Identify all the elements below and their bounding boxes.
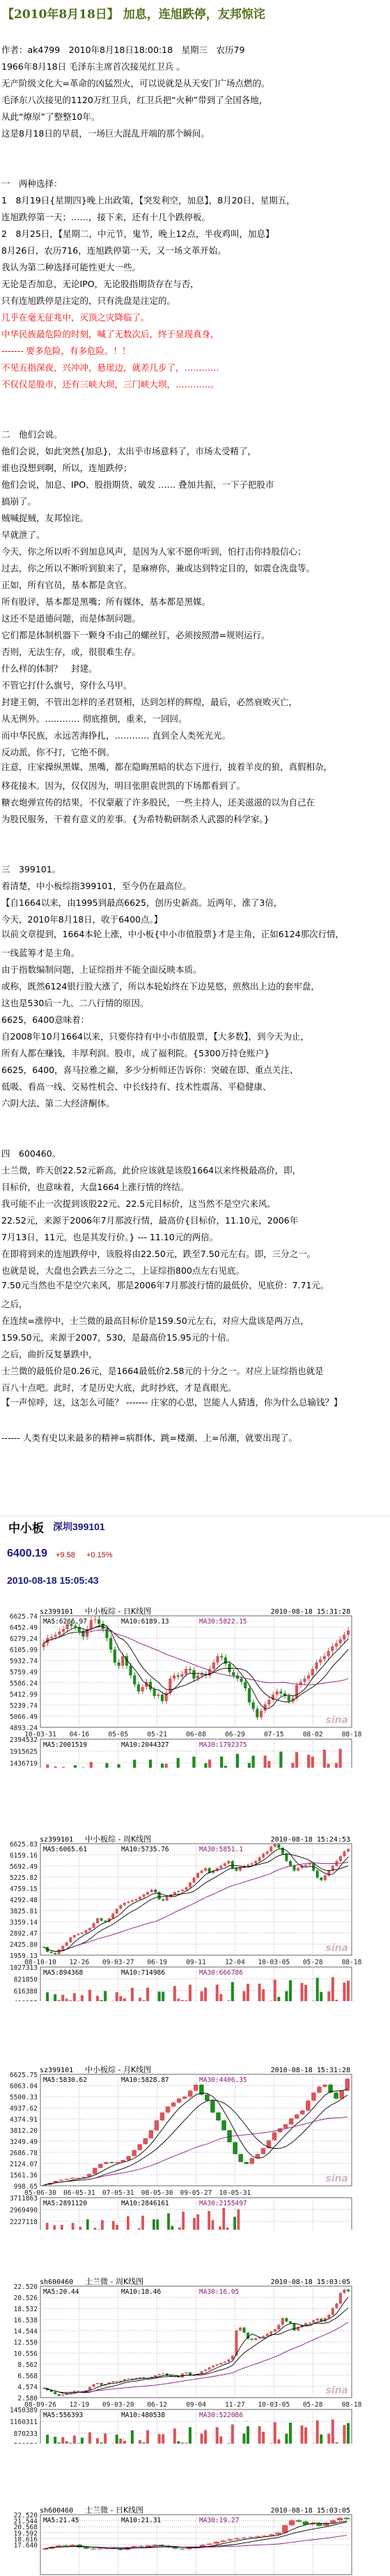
article-line: 毛泽东八次接见的1120万红卫兵，红卫兵把“火种”带到了全国各地， (1, 92, 389, 109)
chart-name: 士兰微 - 日K线图 (85, 2505, 143, 2515)
ma-label: MA10:18.46 (121, 2288, 161, 2296)
price-tick: 5412.99 (10, 1691, 38, 1699)
article-line: 士兰微，昨天创22.52元新高，此价应该就是该股1664以来终极最高价，即， (1, 1162, 389, 1179)
quote-time: 2010-08-18 15:05:43 (7, 1575, 99, 1586)
price-tick: 4374.91 (10, 2116, 38, 2124)
price-tick: 5932.74 (10, 1658, 38, 1665)
ma-label: MA30:19.27 (199, 2517, 239, 2524)
article-line: 无论是否加息，无论IPO，无论股指期货存在与否， (1, 276, 389, 293)
ma-label: MA10:21.31 (121, 2517, 161, 2524)
vol-ma-label: MA30:1792375 (199, 1741, 247, 1749)
article-line: 7.50元当然也不是空穴来风，那是2006年7月那波行情的最低价，见底价：7.7… (1, 1279, 389, 1296)
vol-tick: 1027313 (10, 1964, 38, 1972)
article-line: 无产阶级文化大=革命的凶猛烈火，可以说就是从天安门广场点燃的。 (1, 75, 389, 92)
article-line: 7月13日，11元，也是其发行价。} --- 11.10元的两倍。 (1, 1229, 389, 1246)
article-line: 也就是说，大盘也会跌去三分之二，上证综指800点左右见底。 (1, 1263, 389, 1279)
price-tick: 20.526 (14, 2295, 38, 2302)
article-line: 早就泄了。 (1, 527, 389, 543)
price-tick: 4937.62 (10, 2105, 38, 2113)
price-tick: 6105.99 (10, 1646, 38, 1654)
price-tick: 3812.20 (10, 2127, 38, 2135)
article-line: 他们会说，如此突然{加息}，太出乎市场意料了，市场太受精了， (1, 443, 389, 460)
article-line: 这是8月18日的早晨，一场巨大混乱开端的那个瞬间。 (1, 125, 389, 142)
price-tick: 5692.49 (10, 1863, 38, 1871)
sina-logo: sina (325, 2173, 348, 2184)
price-tick: 4292.48 (10, 1897, 38, 1904)
price-tick: 5066.49 (10, 1713, 38, 1721)
x-tick: 12-19 (70, 2401, 90, 2409)
x-tick: 07-15 (264, 1731, 284, 1738)
chart-name: 中小板综 - 月K线图 (85, 2065, 151, 2074)
price-tick: 4759.15 (10, 1885, 38, 1893)
x-tick: 05-21 (147, 1731, 167, 1738)
vol-tick: 1450389 (10, 2407, 38, 2414)
article-line: 1966年8月18日 毛泽东主席首次接见红卫兵 。 (1, 59, 389, 75)
ma-label: MA10:6189.13 (121, 1618, 169, 1626)
sina-logo: sina (325, 2385, 348, 2396)
quote-change: +9.58 (56, 1551, 75, 1559)
chart-timestamp: 2010-08-18 15:03:05 (271, 2278, 350, 2286)
price-tick: 3825.81 (10, 1908, 38, 1915)
chart-timestamp: 2010-08-18 15:31:28 (271, 2067, 350, 2074)
ma-label: MA10:5735.76 (121, 1846, 169, 1853)
article-line: 看清楚，中小板综指399101，至今仍在最高位。 (1, 878, 389, 895)
article-line: 糖衣炮弹宣传的结果，不仅蒙蔽了许多股民，一些主持人，还美滋滋的以为自己在 (1, 794, 389, 811)
spacer (1, 1112, 389, 1129)
article-line: 不管它打什么旗号，穿什么马甲。 (1, 677, 389, 694)
article-line: 这也是530后一九、二八行情的原因。 (1, 995, 389, 1012)
x-tick: 06-19 (147, 1959, 167, 1966)
ma-label: MA5:21.45 (43, 2517, 79, 2524)
vol-ma-label: MA30:2155497 (199, 2200, 247, 2207)
price-tick: 6452.49 (10, 1624, 38, 1632)
article-line: 连旭跌停第一天；……，接下来，还有十几个跌停板。 (1, 209, 389, 226)
quote-price: 6400.19 (7, 1548, 47, 1560)
spacer (1, 142, 389, 159)
vol-ma-label: MA30:666786 (199, 1969, 243, 1977)
article-line: 6625，6400意味着： (1, 1012, 389, 1028)
article-line: 四 600460。 (1, 1146, 389, 1162)
quote-change-pct: +0.15% (86, 1551, 113, 1559)
kline-chart-sh600460-weekly: sh600460士兰微 - 周K线图2010-08-18 15:03:0522.… (0, 2276, 390, 2444)
price-tick: 3359.14 (10, 1919, 38, 1927)
price-tick: 6625.75 (10, 2072, 38, 2079)
article-line: 为股民服务，干着有意义的差事。{为希特勒研制杀人武器的科学家。} (1, 811, 389, 828)
article-line: 不仅仅是股市，还有三峡大坝，三门峡大坝，…………。 (1, 376, 389, 393)
price-tick: 6063.04 (10, 2083, 38, 2090)
price-tick: 18.532 (14, 2306, 38, 2313)
x-tick: 06-12 (147, 2401, 167, 2409)
article-line: 【一声惊呼，这，这怎么可能？ ------- 庄家的心思，岂能人人猜透，你为什么… (1, 1396, 389, 1413)
chart-timestamp: 2010-08-18 15:31:28 (271, 1608, 350, 1616)
price-tick: 17.640 (14, 2542, 38, 2550)
article-line: 而中华民族，永远苦海挣扎，………… 直到全人类死光光。 (1, 727, 389, 744)
price-tick: 6.568 (17, 2373, 38, 2380)
kline-chart-sz399101-daily: sz399101中小板综 - 日K线图2010-08-18 15:31:2866… (0, 1606, 390, 1768)
price-tick: 10.556 (14, 2350, 38, 2358)
article-body: 作者：ak4799 2010年8月18日18:00:18 星期三 农历79 19… (1, 42, 389, 1447)
article-line: 反动派，你不打，它绝不倒。 (1, 744, 389, 761)
vol-tick: 821850 (14, 1976, 38, 1984)
chart-code: sh600460 (40, 2278, 73, 2286)
price-tick: 22.520 (14, 2283, 38, 2291)
x-tick: 07-05-31 (102, 2189, 134, 2197)
vol-tick: 616388 (14, 1988, 38, 1996)
vol-ma-label: MA10:2846161 (121, 2200, 169, 2207)
article-line: 贼喊捉贼，友邦惊诧。 (1, 510, 389, 527)
vol-tick: 580156 (14, 2442, 38, 2444)
article-line: 他们会说，加息、IPO、股指期货、破发 …… 叠加共振，一下子把股市 (1, 477, 389, 493)
x-tick: 09-04 (186, 2401, 206, 2409)
price-tick: 12.550 (14, 2339, 38, 2347)
kline-chart-sh600460-daily: sh600460士兰微 - 日K线图2010-08-18 15:03:0522.… (0, 2505, 390, 2576)
article-line: 只有连旭跌停是注定的，只有洗盘是注定的。 (1, 293, 389, 309)
price-tick: 6159.16 (10, 1852, 38, 1860)
article-line: 谁也没想到啊，所以，连旭跌停； (1, 460, 389, 477)
price-tick: 8.562 (17, 2361, 38, 2369)
article-line: 所有股评，基本都是黑嘴；所有媒体，基本都是黑媒。 (1, 594, 389, 610)
price-tick: 16.538 (14, 2317, 38, 2324)
price-tick: 2686.78 (10, 2150, 38, 2157)
chart-name: 中小板综 - 日K线图 (85, 1606, 151, 1616)
vol-ma-label: MA10:480538 (121, 2412, 165, 2419)
article-line: 它们都是体制机器下一颗身不由己的螺丝钉，必须按照潜=规则运行。 (1, 627, 389, 644)
article-line: ------ 人类有史以来最多的精神=病群体、跳=楼潮、上=吊潮，就要出现了。 (1, 1430, 389, 1447)
vol-tick: 2969490 (10, 2207, 38, 2214)
vol-tick: 2227118 (10, 2219, 38, 2226)
spacer (1, 410, 389, 426)
vol-tick: 2394532 (10, 1736, 38, 1744)
vol-ma-label: MA5:556393 (43, 2412, 83, 2419)
article-line: 今天，你之所以听不到加息风声，是因为人家不愿你听到，怕打击你持股信心； (1, 543, 389, 560)
article-line: 几乎在毫无征兆中，灭顶之灾降临了。 (1, 309, 389, 326)
article-line: 百八十点吧。此时，才是历史大底，此时抄底，才是真眼光。 (1, 1380, 389, 1396)
article-line: 或称，既然6124银行股大涨了，所以本轮始终在下边晃悠，煎熬出上边的套牢盘， (1, 978, 389, 995)
price-tick: 5225.82 (10, 1874, 38, 1882)
spacer (1, 844, 389, 861)
price-tick: 5586.24 (10, 1680, 38, 1688)
article-line: 封建王朝，不管出怎样的圣君贤相，达到怎样的辉煌，最后，必然衰败灭亡， (1, 694, 389, 711)
spacer (1, 1413, 389, 1430)
article-line: 由于指数编制问题，上证综指并不能全面反映本质。 (1, 962, 389, 978)
vol-tick: 870233 (14, 2430, 38, 2438)
spacer (1, 393, 389, 410)
price-tick: 5500.33 (10, 2094, 38, 2101)
price-tick: 2892.47 (10, 1930, 38, 1938)
chart-code: sz399101 (40, 2067, 73, 2074)
article-line: 22.52元，来源于2006年7月那波行情，最高价{目标价，11.10元，200… (1, 1212, 389, 1229)
article-line: 搞崩了。 (1, 493, 389, 510)
article-line: 8月26日，农历716，连旭跌停第一天，又一场文革开始。 (1, 242, 389, 259)
x-tick: 05-28 (303, 1959, 323, 1966)
x-tick: 06-08 (186, 1731, 206, 1738)
stock-quote-panel: 中小板 深圳399101 6400.19 +9.58 +0.15% 2010-0… (0, 1515, 390, 1516)
ma-label: MA5:5830.62 (43, 2076, 87, 2084)
article-line: 士兰微的最低价是0.26元，是1664最低价2.58元的十分之一。对应上证综指也… (1, 1363, 389, 1380)
price-tick: 5239.74 (10, 1702, 38, 1710)
sina-logo: sina (325, 1715, 348, 1726)
article-line: 之后，曲折反复暴跌中， (1, 1346, 389, 1363)
ma-label: MA10:5828.87 (121, 2076, 169, 2084)
article-line: 159.50元，来源于2007，530，是最高价15.95元的十倍。 (1, 1329, 389, 1346)
article-line: 不见五指深夜，兴冲冲，悬崖边，就差几步了，………… (1, 360, 389, 376)
article-line: 我认为第二种选择可能性更大一些。 (1, 259, 389, 276)
chart-timestamp: 2010-08-18 15:03:05 (271, 2507, 350, 2515)
article-line: 中华民族最危险的时刻，喊了无数次后，终于显现真身， (1, 326, 389, 343)
x-tick: 08-02 (303, 1731, 323, 1738)
price-tick: 2124.07 (10, 2161, 38, 2168)
ma-label: MA5:6266.97 (43, 1618, 87, 1626)
x-tick: 10-03-05 (258, 1959, 290, 1966)
x-tick: 04-16 (70, 1731, 90, 1738)
vol-tick: 1436719 (10, 1760, 38, 1768)
article-line: 注意，庄家操纵黑媒、黑嘴，都在隐晦黑暗的状态下进行，披着羊皮的狼，真假相杂， (1, 761, 389, 778)
ma-label: MA5:20.44 (43, 2288, 79, 2296)
article-line: 今天，2010年8月18日，收于6400点。】 (1, 911, 389, 928)
vol-ma-label: MA10:714986 (121, 1969, 165, 1977)
vol-ma-label: MA5:2001519 (43, 1741, 87, 1749)
vol-ma-label: MA30:522086 (199, 2412, 243, 2419)
chart-name: 中小板综 - 周K线图 (85, 1834, 151, 1844)
price-tick: 2425.80 (10, 1941, 38, 1949)
quote-name: 中小板 (8, 1518, 44, 1536)
x-tick: 08-18 (342, 1959, 362, 1966)
article-line: 正如，所有官员，基本都是贪官。 (1, 577, 389, 594)
article-line: 六阴大法、第二大经济酮体。 (1, 1095, 389, 1112)
article-line: 从此“燎原”了整整10年。 (1, 109, 389, 125)
article-line: 之后， (1, 1296, 389, 1313)
article-line: 目标价，也意味着，大盘1664上涨行情的终结。 (1, 1179, 389, 1196)
vol-ma-label: MA10:2044327 (121, 1741, 169, 1749)
article-line: 这还不是道德问题，而是体制问题。 (1, 610, 389, 627)
x-tick: 12-26 (70, 1959, 90, 1966)
spacer (1, 159, 389, 176)
x-tick: 06-29 (225, 1731, 245, 1738)
article-line: 一 两种选择： (1, 176, 389, 192)
article-line: 我可能不止一次提到该股22元、22.5元目标价，这当然不是空穴来风。 (1, 1196, 389, 1212)
x-tick: 05-28 (303, 2401, 323, 2409)
article-line: 在连续=涨停中，士兰微的最高目标价是159.50元左右，对应大盘该是两万点， (1, 1313, 389, 1329)
ma-label: MA5:6065.61 (43, 1846, 87, 1853)
article-line: 以前文章提到，1664本轮上涨，中小板{中小市值股票}才是主角，正如6124那次… (1, 928, 389, 945)
price-tick: 5759.49 (10, 1669, 38, 1676)
x-tick: 09-03-27 (102, 1959, 134, 1966)
price-tick: 6625.83 (10, 1841, 38, 1849)
spacer (1, 828, 389, 844)
article-title: 【2010年8月18日】 加息，连旭跌停，友邦惊诧 (2, 4, 265, 22)
spacer (1, 1129, 389, 1146)
ma-label: MA30:16.05 (199, 2288, 239, 2296)
ma-label: MA30:5851.1 (199, 1846, 243, 1853)
sina-logo: sina (325, 1943, 348, 1954)
article-line: 二 他们会说。 (1, 426, 389, 443)
x-tick: 08-18 (342, 2401, 362, 2409)
article-line: 自2008年10月1664以来，只要你持有中小市值股票，【大多数】，到今天为止， (1, 1028, 389, 1045)
chart-timestamp: 2010-08-18 15:24:53 (271, 1836, 350, 1844)
article-line: 2 8月25日，【星期二，中元节，鬼节，晚上12点，半夜鸡叫，加息】 (1, 226, 389, 242)
article-meta: 作者：ak4799 2010年8月18日18:00:18 星期三 农历79 (1, 42, 389, 59)
article-line: 在即将到来的连旭跌停中，该股将由22.50元，跌至7.50元左右。即，三分之一。 (1, 1246, 389, 1263)
x-tick: 11-27 (225, 2401, 245, 2409)
article-lines: 1966年8月18日 毛泽东主席首次接见红卫兵 。无产阶级文化大=革命的凶猛烈火… (1, 59, 389, 1447)
article-line: 什么样的体制？ 封建。 (1, 661, 389, 677)
article-line: 过去，你之所以不断听到狼来了，是麻痹你，兼或达到特定目的，如震仓洗盘等。 (1, 560, 389, 577)
x-tick: 08-05-30 (141, 2189, 173, 2197)
article-line: 移花接木。因为，仅仅因为，明目张胆袁世凯的下场都看到了。 (1, 778, 389, 794)
price-tick: 14.544 (14, 2328, 38, 2336)
x-tick: 06-05-31 (63, 2189, 95, 2197)
chart-code: sz399101 (40, 1836, 73, 1844)
x-tick: 05-05 (108, 1731, 128, 1738)
price-tick: 6279.24 (10, 1635, 38, 1643)
ma-label: MA30:5822.15 (199, 1618, 247, 1626)
chart-code: sh600460 (40, 2507, 73, 2515)
article-line: 【自1664以来，由1995到最高6625，创历史新高。近两年，涨了3倍， (1, 895, 389, 911)
ma-label: MA30:4406.35 (199, 2076, 247, 2084)
x-tick: 10-03-05 (258, 2401, 290, 2409)
article-line: 低吸、看高一线、交易性机会、中长线持有、技术性震荡、平稳健康、 (1, 1079, 389, 1095)
vol-ma-label: MA5:894368 (43, 1969, 83, 1977)
price-tick: 1561.36 (10, 2172, 38, 2180)
kline-chart-sz399101-weekly: sz399101中小板综 - 周K线图2010-08-18 15:24:5366… (0, 1834, 390, 2001)
chart-code: sz399101 (40, 1608, 73, 1616)
price-tick: 4.574 (17, 2384, 38, 2391)
x-tick: 09-05-27 (180, 2189, 212, 2197)
x-tick: 09-03-20 (102, 2401, 134, 2409)
x-tick: 10-05-31 (219, 2189, 251, 2197)
article-line: 所有人都在赚钱，丰厚利润。股市，成了福利院。{5300万持仓账户} (1, 1045, 389, 1062)
chart-name: 士兰微 - 周K线图 (85, 2276, 143, 2286)
vol-tick: 1915625 (10, 1748, 38, 1756)
vol-tick: 3711863 (10, 2195, 38, 2203)
article-line: ------- 要多危险，有多危险。！！ (1, 343, 389, 360)
x-tick: 12-04 (225, 1959, 245, 1966)
article-line: 从无例外。………… 彻底推倒，重来，一回回。 (1, 711, 389, 727)
article-line: 一线蓝筹才是主角。 (1, 945, 389, 962)
article-line: 否则，无法生存，或，很很难生存。 (1, 644, 389, 661)
price-tick: 6625.74 (10, 1613, 38, 1621)
x-tick: 08-18 (342, 1731, 362, 1738)
kline-chart-sz399101-monthly: sz399101中小板综 - 月K线图2010-08-18 15:31:2866… (0, 2065, 390, 2230)
vol-ma-label: MA5:2891120 (43, 2200, 87, 2207)
vol-tick: 410925 (14, 2000, 38, 2001)
price-tick: 3249.49 (10, 2138, 38, 2146)
article-line: 三 399101。 (1, 861, 389, 878)
article-line: 1 8月19日{星期四}晚上出政策，【突发利空，加息】，8月20日，星期五， (1, 192, 389, 209)
article-line: 6625，6400，喜马拉雅之巅，多少分析师还告诉你：突破在即、重点关注、 (1, 1062, 389, 1079)
vol-tick: 1160311 (10, 2419, 38, 2426)
quote-code[interactable]: 深圳399101 (53, 1520, 105, 1534)
x-tick: 09-11 (186, 1959, 206, 1966)
